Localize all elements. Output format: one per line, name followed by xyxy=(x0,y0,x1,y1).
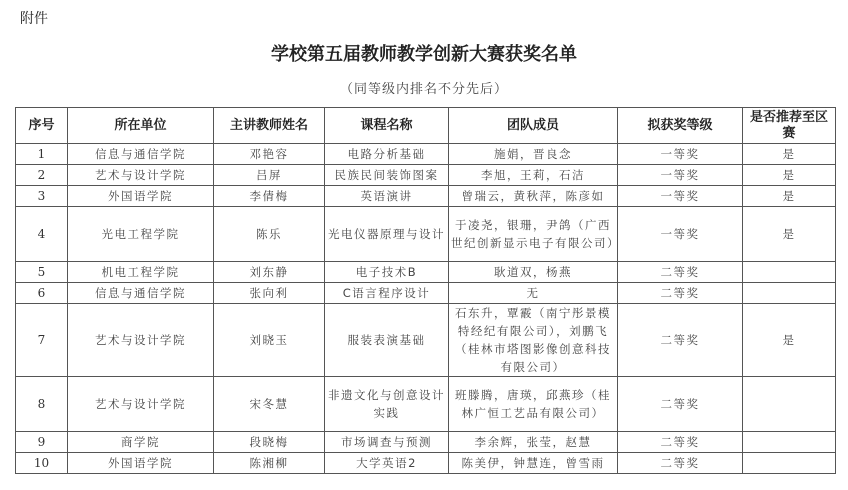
cell-team: 曾瑞云，黄秋萍，陈彦如 xyxy=(449,186,618,207)
cell-level: 二等奖 xyxy=(618,283,743,304)
cell-teacher: 宋冬慧 xyxy=(214,377,325,432)
document-subtitle: （同等级内排名不分先后） xyxy=(0,78,848,97)
cell-course: 服装表演基础 xyxy=(325,304,449,377)
cell-team: 石东升，覃霰（南宁彤景模特经纪有限公司），刘鹏飞（桂林市塔图影像创意科技有限公司… xyxy=(449,304,618,377)
cell-unit: 外国语学院 xyxy=(68,453,214,474)
cell-recommend xyxy=(743,283,836,304)
cell-course: 光电仪器原理与设计 xyxy=(325,207,449,262)
cell-course: 非遗文化与创意设计实践 xyxy=(325,377,449,432)
cell-teacher: 段晓梅 xyxy=(214,432,325,453)
cell-level: 二等奖 xyxy=(618,377,743,432)
cell-recommend xyxy=(743,262,836,283)
table-row: 1 信息与通信学院 邓艳容 电路分析基础 施娟，晋良念 一等奖 是 xyxy=(16,144,836,165)
cell-course: 民族民间装饰图案 xyxy=(325,165,449,186)
cell-level: 一等奖 xyxy=(618,144,743,165)
cell-course: C语言程序设计 xyxy=(325,283,449,304)
cell-team: 李余辉，张莹，赵慧 xyxy=(449,432,618,453)
cell-unit: 商学院 xyxy=(68,432,214,453)
cell-unit: 外国语学院 xyxy=(68,186,214,207)
header-recommend: 是否推荐至区赛 xyxy=(743,108,836,144)
cell-level: 一等奖 xyxy=(618,207,743,262)
table-row: 5 机电工程学院 刘东静 电子技术B 耿道双，杨燕 二等奖 xyxy=(16,262,836,283)
cell-team: 耿道双，杨燕 xyxy=(449,262,618,283)
cell-no: 6 xyxy=(16,283,68,304)
cell-unit: 信息与通信学院 xyxy=(68,283,214,304)
cell-recommend: 是 xyxy=(743,207,836,262)
cell-no: 9 xyxy=(16,432,68,453)
table-row: 9 商学院 段晓梅 市场调查与预测 李余辉，张莹，赵慧 二等奖 xyxy=(16,432,836,453)
header-level: 拟获奖等级 xyxy=(618,108,743,144)
cell-team: 施娟，晋良念 xyxy=(449,144,618,165)
cell-teacher: 刘晓玉 xyxy=(214,304,325,377)
cell-no: 3 xyxy=(16,186,68,207)
awards-table: 序号 所在单位 主讲教师姓名 课程名称 团队成员 拟获奖等级 是否推荐至区赛 1… xyxy=(15,107,836,474)
cell-teacher: 刘东静 xyxy=(214,262,325,283)
cell-recommend: 是 xyxy=(743,144,836,165)
cell-unit: 机电工程学院 xyxy=(68,262,214,283)
cell-recommend: 是 xyxy=(743,186,836,207)
cell-team: 班滕腾，唐瑛，邱燕珍（桂林广恒工艺品有限公司） xyxy=(449,377,618,432)
cell-recommend xyxy=(743,432,836,453)
cell-recommend: 是 xyxy=(743,304,836,377)
cell-recommend xyxy=(743,377,836,432)
cell-level: 二等奖 xyxy=(618,304,743,377)
attachment-label: 附件 xyxy=(20,8,48,28)
table-row: 6 信息与通信学院 张向利 C语言程序设计 无 二等奖 xyxy=(16,283,836,304)
document-title: 学校第五届教师教学创新大赛获奖名单 xyxy=(0,40,848,66)
cell-no: 2 xyxy=(16,165,68,186)
cell-unit: 艺术与设计学院 xyxy=(68,165,214,186)
cell-team: 陈美伊，钟慧连，曾雪雨 xyxy=(449,453,618,474)
cell-no: 5 xyxy=(16,262,68,283)
cell-course: 电路分析基础 xyxy=(325,144,449,165)
cell-level: 一等奖 xyxy=(618,186,743,207)
cell-team: 于凌尧，银珊，尹鸽（广西世纪创新显示电子有限公司） xyxy=(449,207,618,262)
cell-no: 1 xyxy=(16,144,68,165)
cell-course: 电子技术B xyxy=(325,262,449,283)
table-row: 4 光电工程学院 陈乐 光电仪器原理与设计 于凌尧，银珊，尹鸽（广西世纪创新显示… xyxy=(16,207,836,262)
cell-teacher: 陈湘柳 xyxy=(214,453,325,474)
cell-no: 4 xyxy=(16,207,68,262)
cell-course: 英语演讲 xyxy=(325,186,449,207)
table-row: 3 外国语学院 李倩梅 英语演讲 曾瑞云，黄秋萍，陈彦如 一等奖 是 xyxy=(16,186,836,207)
cell-level: 一等奖 xyxy=(618,165,743,186)
cell-level: 二等奖 xyxy=(618,432,743,453)
header-teacher: 主讲教师姓名 xyxy=(214,108,325,144)
header-unit: 所在单位 xyxy=(68,108,214,144)
cell-unit: 艺术与设计学院 xyxy=(68,304,214,377)
cell-unit: 信息与通信学院 xyxy=(68,144,214,165)
cell-teacher: 陈乐 xyxy=(214,207,325,262)
cell-teacher: 吕屏 xyxy=(214,165,325,186)
table-row: 8 艺术与设计学院 宋冬慧 非遗文化与创意设计实践 班滕腾，唐瑛，邱燕珍（桂林广… xyxy=(16,377,836,432)
cell-teacher: 李倩梅 xyxy=(214,186,325,207)
cell-level: 二等奖 xyxy=(618,453,743,474)
table-row: 2 艺术与设计学院 吕屏 民族民间装饰图案 李旭，王莉，石洁 一等奖 是 xyxy=(16,165,836,186)
cell-course: 市场调查与预测 xyxy=(325,432,449,453)
header-course: 课程名称 xyxy=(325,108,449,144)
cell-no: 7 xyxy=(16,304,68,377)
table-row: 10 外国语学院 陈湘柳 大学英语2 陈美伊，钟慧连，曾雪雨 二等奖 xyxy=(16,453,836,474)
cell-teacher: 张向利 xyxy=(214,283,325,304)
cell-course: 大学英语2 xyxy=(325,453,449,474)
cell-teacher: 邓艳容 xyxy=(214,144,325,165)
cell-team: 李旭，王莉，石洁 xyxy=(449,165,618,186)
table-header-row: 序号 所在单位 主讲教师姓名 课程名称 团队成员 拟获奖等级 是否推荐至区赛 xyxy=(16,108,836,144)
cell-no: 8 xyxy=(16,377,68,432)
header-no: 序号 xyxy=(16,108,68,144)
cell-level: 二等奖 xyxy=(618,262,743,283)
cell-recommend: 是 xyxy=(743,165,836,186)
cell-recommend xyxy=(743,453,836,474)
table-row: 7 艺术与设计学院 刘晓玉 服装表演基础 石东升，覃霰（南宁彤景模特经纪有限公司… xyxy=(16,304,836,377)
cell-team: 无 xyxy=(449,283,618,304)
cell-unit: 光电工程学院 xyxy=(68,207,214,262)
cell-unit: 艺术与设计学院 xyxy=(68,377,214,432)
cell-no: 10 xyxy=(16,453,68,474)
header-team: 团队成员 xyxy=(449,108,618,144)
